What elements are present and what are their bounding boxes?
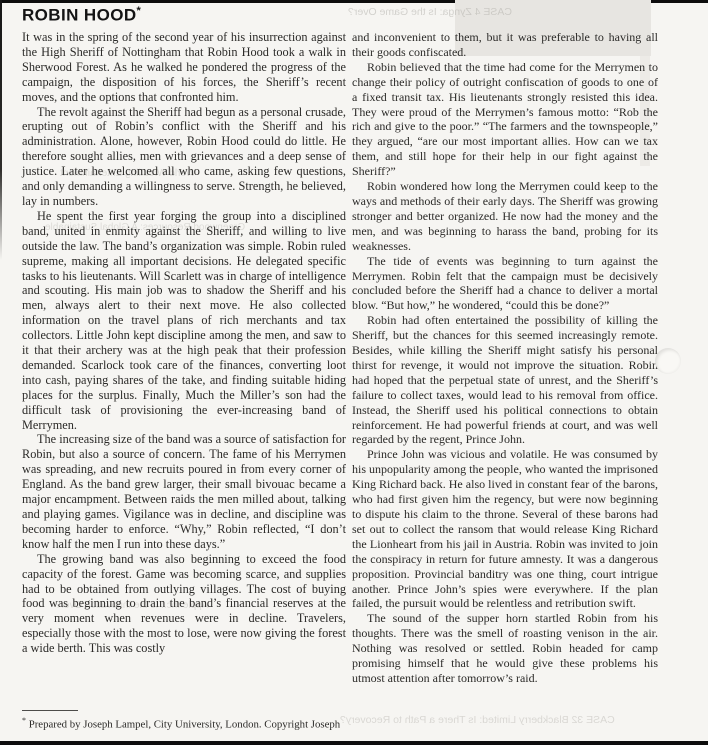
footnote: * Prepared by Joseph Lampel, City Univer…: [22, 710, 340, 731]
page-bottom-edge-bar: [0, 741, 708, 745]
paragraph: The increasing size of the band was a so…: [22, 432, 346, 551]
paragraph: The growing band was also beginning to e…: [22, 552, 346, 656]
page-title: ROBIN HOOD*: [22, 5, 141, 26]
paragraph: The tide of events was beginning to turn…: [352, 254, 658, 314]
footnote-body: Prepared by Joseph Lampel, City Universi…: [29, 719, 340, 731]
paragraph: The revolt against the Sheriff had begun…: [22, 105, 346, 209]
paragraph: Robin wondered how long the Merrymen cou…: [352, 179, 658, 254]
paragraph: and inconvenient to them, but it was pre…: [352, 30, 658, 60]
paragraph: It was in the spring of the second year …: [22, 30, 346, 105]
paragraph: Robin had often entertained the possibil…: [352, 313, 658, 447]
paragraph: The sound of the supper horn startled Ro…: [352, 611, 658, 686]
title-footnote-marker: *: [137, 5, 142, 17]
footnote-divider: [22, 710, 78, 711]
paragraph: Robin believed that the time had come fo…: [352, 60, 658, 179]
right-text-column: and inconvenient to them, but it was pre…: [352, 30, 658, 686]
hole-punch-artifact: [655, 348, 681, 374]
bleedthrough-text-bottom: CASE 32 Blackberry Limited: Is There a P…: [340, 714, 615, 726]
page-left-edge-shadow: [0, 0, 2, 260]
left-text-column: It was in the spring of the second year …: [22, 30, 346, 656]
footnote-text: * Prepared by Joseph Lampel, City Univer…: [22, 716, 340, 731]
page-title-text: ROBIN HOOD: [22, 6, 137, 25]
paragraph: He spent the first year forging the grou…: [22, 209, 346, 433]
paragraph: Prince John was vicious and volatile. He…: [352, 447, 658, 611]
footnote-marker: *: [22, 716, 26, 725]
scanned-case-page: CASE 4 Zynga: Is the Game Over? World Wr…: [0, 0, 708, 745]
bleedthrough-text-top: CASE 4 Zynga: Is the Game Over?: [348, 6, 512, 18]
